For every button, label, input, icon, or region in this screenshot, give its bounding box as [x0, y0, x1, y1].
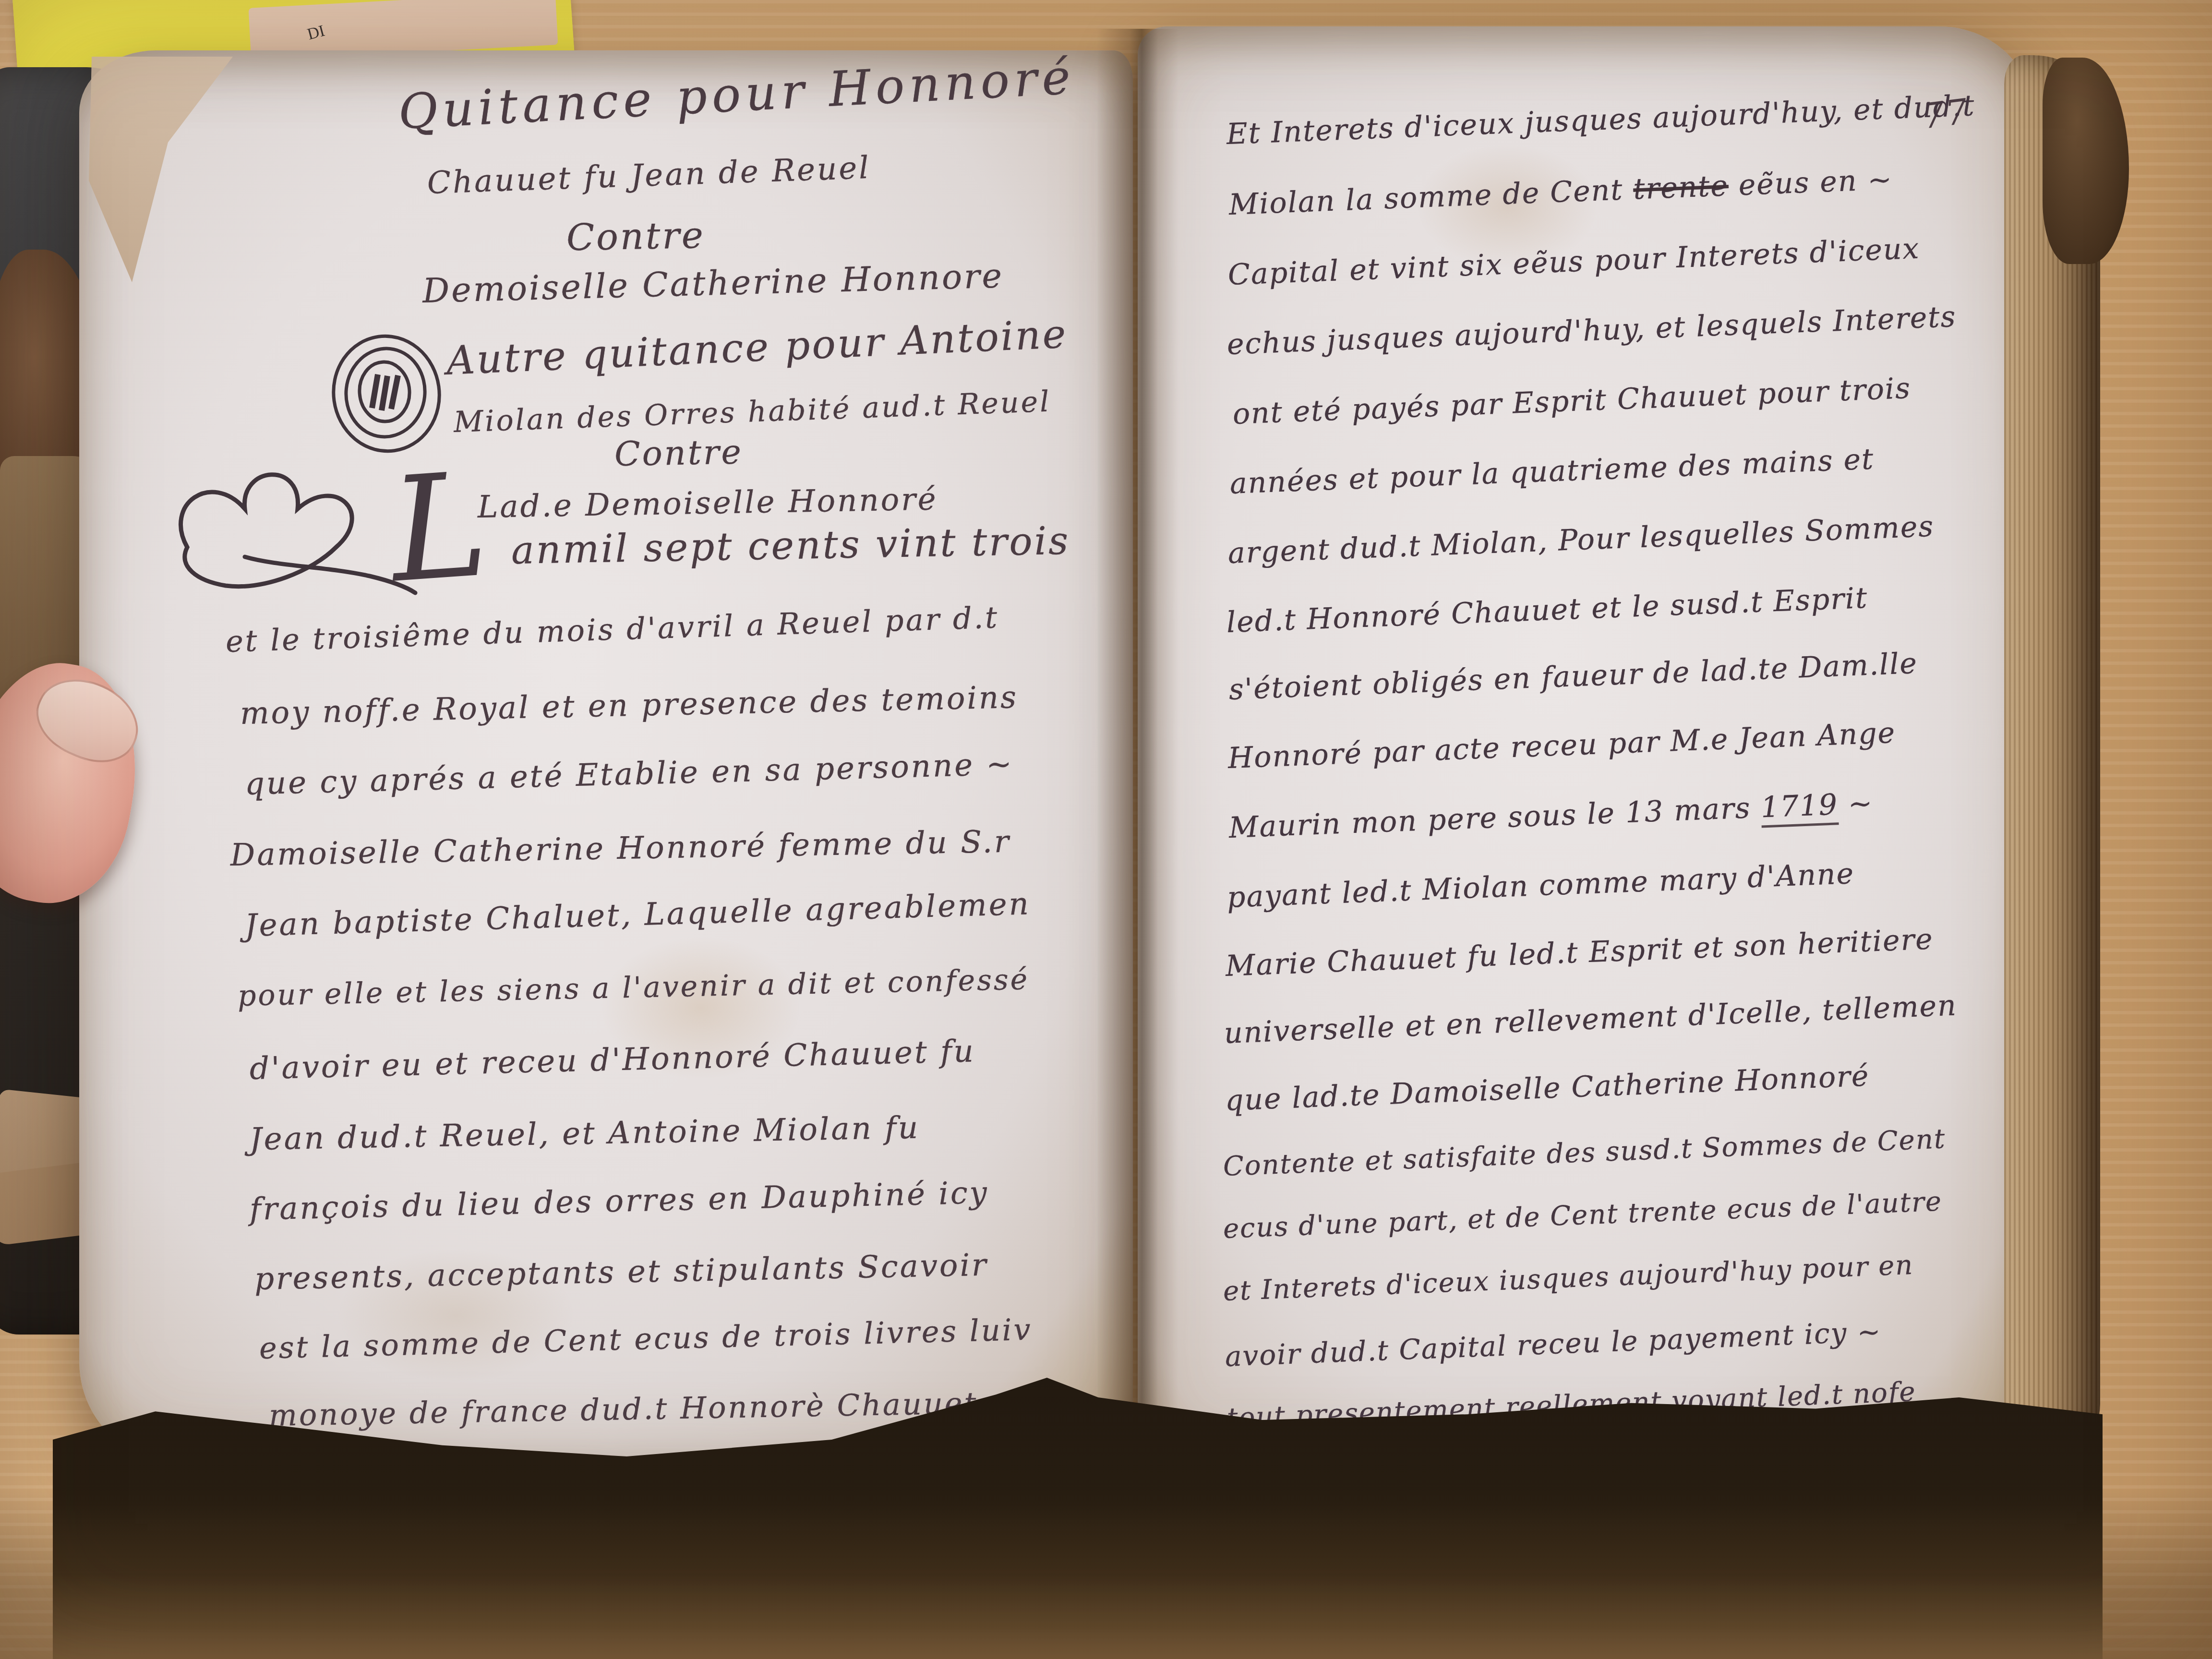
page-block-fore-edge: [2004, 55, 2100, 1462]
struck-through-word: trente: [1633, 169, 1729, 206]
line-segment: eẽus en ~: [1738, 163, 1893, 202]
book-gutter-crease: [1097, 29, 1178, 1459]
clover-knot-flourish-icon: [168, 446, 418, 621]
line-segment: ~: [1848, 786, 1874, 821]
desk-shadow: [0, 1488, 2212, 1659]
stained-corner: [2043, 58, 2129, 264]
illuminated-initial: L: [386, 453, 492, 603]
heading-line: Contre: [614, 432, 743, 474]
underlined-year: 1719: [1760, 788, 1839, 828]
photo-of-open-manuscript-book: DI Quitance pour Honnoré Chauuet fu Jean…: [0, 0, 2212, 1659]
heading-line: Contre: [566, 214, 705, 259]
fragment-label: DI: [305, 22, 327, 44]
